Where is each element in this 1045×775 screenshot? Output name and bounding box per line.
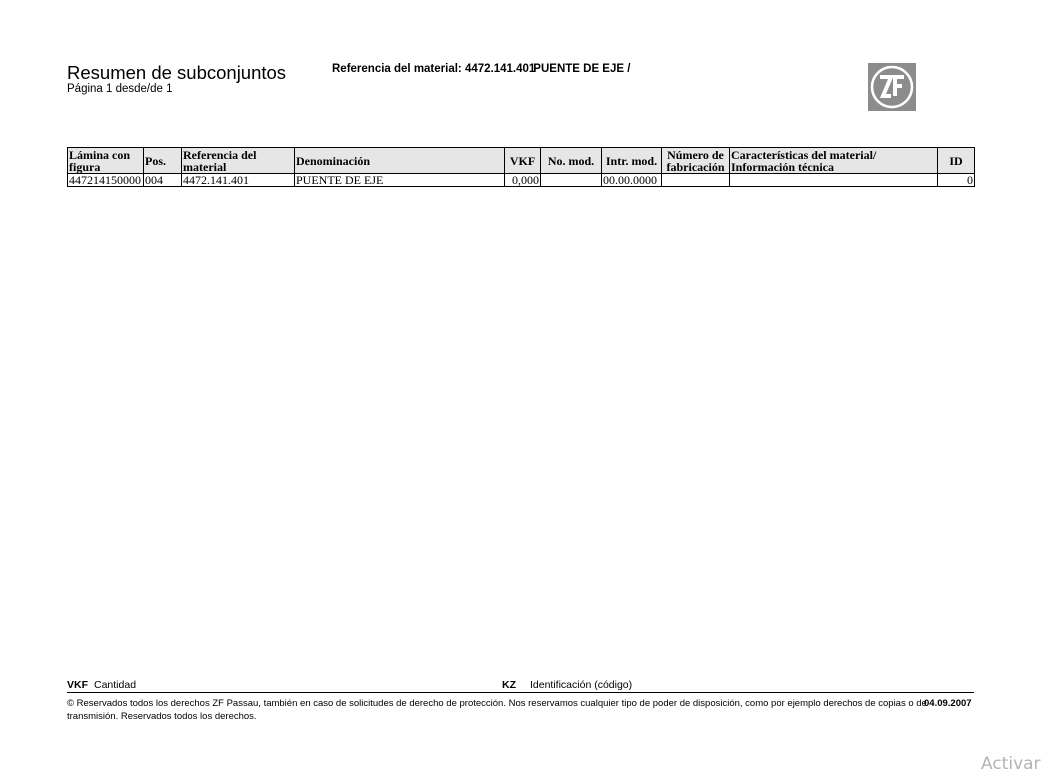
legend-vkf-abbr: VKF: [67, 679, 88, 691]
material-desc: PUENTE DE EJE /: [533, 63, 630, 75]
col-header-denominacion: Denominación: [295, 148, 505, 174]
cell-intr-mod: 00.00.0000: [602, 174, 662, 187]
document-date: 04.09.2007: [924, 697, 972, 710]
cell-num-fabricacion: [662, 174, 730, 187]
cell-pos: 004: [144, 174, 182, 187]
material-reference-header: Referencia del material: 4472.141.401PUE…: [332, 63, 630, 75]
col-header-vkf: VKF: [505, 148, 541, 174]
col-header-id: ID: [938, 148, 975, 174]
table-header-row: Lámina con figura Pos. Referencia del ma…: [68, 148, 975, 174]
col-header-lamina: Lámina con figura: [68, 148, 144, 174]
col-header-num-fabricacion: Número de fabricación: [662, 148, 730, 174]
col-header-no-mod: No. mod.: [541, 148, 602, 174]
material-ref-label: Referencia del material: 4472.141.401: [332, 63, 535, 75]
cell-denominacion: PUENTE DE EJE: [295, 174, 505, 187]
footer-legend: VKFCantidad KZIdentificación (código): [67, 679, 974, 693]
page-title: Resumen de subconjuntos: [67, 63, 286, 83]
page-info: Página 1 desde/de 1: [67, 83, 173, 95]
cell-id: 0: [938, 174, 975, 187]
legend-kz-text: Identificación (código): [530, 679, 632, 691]
activation-watermark: Activar: [981, 754, 1041, 774]
legend-kz: KZIdentificación (código): [502, 679, 632, 691]
col-header-pos: Pos.: [144, 148, 182, 174]
cell-referencia: 4472.141.401: [182, 174, 295, 187]
legend-vkf-text: Cantidad: [94, 679, 136, 691]
cell-caracteristicas: [730, 174, 938, 187]
zf-logo-icon: [868, 63, 916, 111]
cell-no-mod: [541, 174, 602, 187]
col-header-referencia: Referencia del material: [182, 148, 295, 174]
col-header-caracteristicas: Características del material/ Informació…: [730, 148, 938, 174]
legend-vkf: VKFCantidad: [67, 679, 136, 691]
cell-vkf: 0,000: [505, 174, 541, 187]
table-row: 447214150000 004 4472.141.401 PUENTE DE …: [68, 174, 975, 187]
subassembly-table: Lámina con figura Pos. Referencia del ma…: [67, 147, 975, 187]
col-header-intr-mod: Intr. mod.: [602, 148, 662, 174]
legend-kz-abbr: KZ: [502, 679, 516, 691]
cell-lamina: 447214150000: [68, 174, 144, 187]
copyright-notice: © Reservados todos los derechos ZF Passa…: [67, 697, 927, 723]
